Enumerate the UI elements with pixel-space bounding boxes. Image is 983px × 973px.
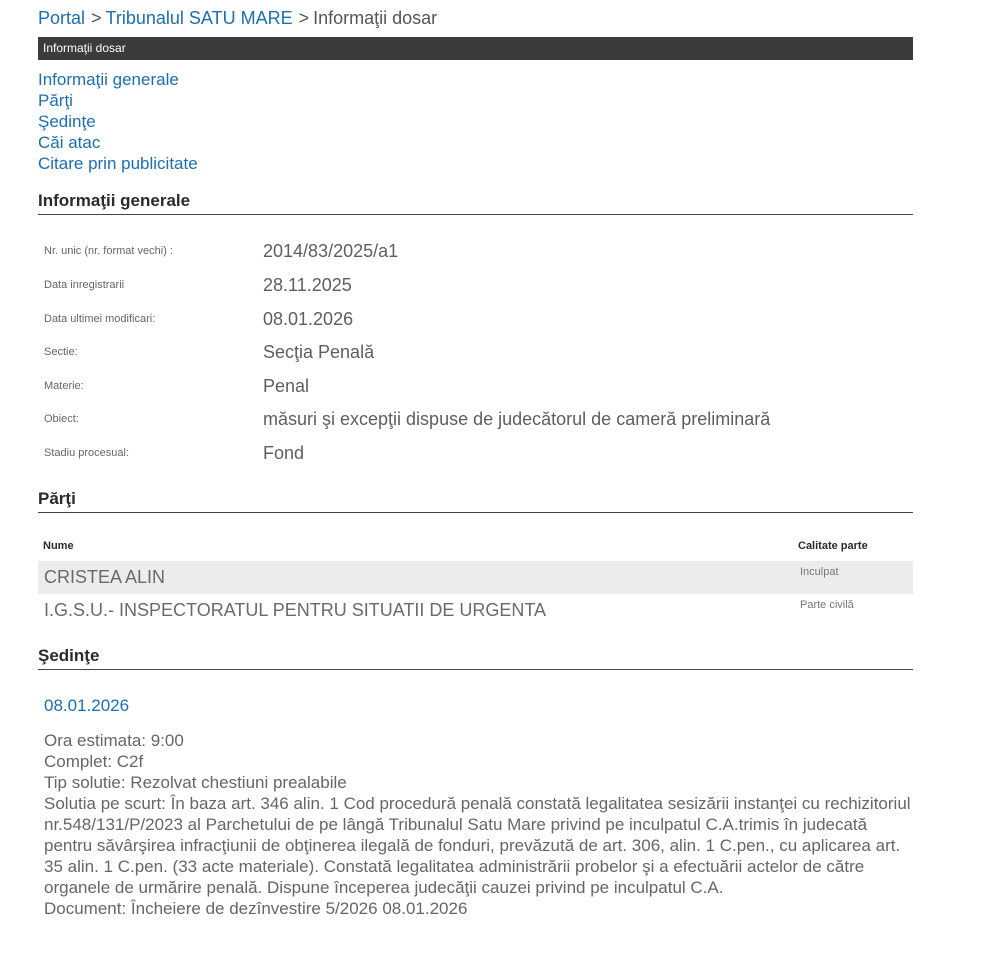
info-label: Nr. unic (nr. format vechi) : bbox=[44, 245, 173, 257]
general-info-heading: Informaţii generale bbox=[38, 190, 913, 215]
nav-link-appeals[interactable]: Căi atac bbox=[38, 132, 198, 153]
info-value: Fond bbox=[263, 443, 304, 464]
nav-link-hearings[interactable]: Şedinţe bbox=[38, 111, 198, 132]
parties-table-header: Nume Calitate parte bbox=[38, 540, 913, 556]
info-label: Sectie: bbox=[44, 346, 78, 358]
breadcrumb: Portal>Tribunalul SATU MARE>Informaţii d… bbox=[38, 7, 437, 29]
info-value: 08.01.2026 bbox=[263, 309, 353, 330]
hearing-solution-type: Tip solutie: Rezolvat chestiuni prealabi… bbox=[44, 772, 914, 793]
hearing-estimated-time: Ora estimata: 9:00 bbox=[44, 730, 914, 751]
info-value: măsuri şi excepţii dispuse de judecătoru… bbox=[263, 409, 770, 430]
breadcrumb-separator: > bbox=[299, 8, 310, 28]
section-nav: Informaţii generale Părţi Şedinţe Căi at… bbox=[38, 69, 198, 174]
hearings-heading: Şedinţe bbox=[38, 645, 913, 670]
hearing-document: Document: Încheiere de dezînvestire 5/20… bbox=[44, 898, 914, 919]
info-row-case-number: Nr. unic (nr. format vechi) : 2014/83/20… bbox=[38, 241, 913, 275]
column-header-name: Nume bbox=[43, 540, 74, 552]
hearing-details: Ora estimata: 9:00 Complet: C2f Tip solu… bbox=[44, 730, 914, 919]
breadcrumb-current: Informaţii dosar bbox=[313, 8, 437, 28]
info-row-registration-date: Data inregistrarii 28.11.2025 bbox=[38, 275, 913, 309]
nav-link-parties[interactable]: Părţi bbox=[38, 90, 198, 111]
info-row-last-modified: Data ultimei modificari: 08.01.2026 bbox=[38, 309, 913, 343]
column-header-role: Calitate parte bbox=[798, 540, 868, 552]
breadcrumb-portal-link[interactable]: Portal bbox=[38, 8, 85, 28]
parties-heading: Părţi bbox=[38, 488, 913, 513]
info-label: Stadiu procesual: bbox=[44, 447, 129, 459]
party-role: Inculpat bbox=[800, 566, 839, 578]
info-label: Obiect: bbox=[44, 413, 79, 425]
info-row-object: Obiect: măsuri şi excepţii dispuse de ju… bbox=[38, 409, 913, 443]
breadcrumb-separator: > bbox=[91, 8, 102, 28]
party-name: I.G.S.U.- INSPECTORATUL PENTRU SITUATII … bbox=[44, 600, 546, 621]
info-value: 28.11.2025 bbox=[263, 275, 352, 296]
party-name: CRISTEA ALIN bbox=[44, 567, 165, 588]
info-label: Materie: bbox=[44, 380, 84, 392]
info-row-stage: Stadiu procesual: Fond bbox=[38, 443, 913, 477]
info-label: Data inregistrarii bbox=[44, 279, 124, 291]
info-label: Data ultimei modificari: bbox=[44, 313, 155, 325]
hearing-date: 08.01.2026 bbox=[44, 696, 129, 716]
info-value: 2014/83/2025/a1 bbox=[263, 241, 398, 262]
info-row-matter: Materie: Penal bbox=[38, 376, 913, 410]
nav-link-general-info[interactable]: Informaţii generale bbox=[38, 69, 198, 90]
party-role: Parte civilă bbox=[800, 599, 854, 611]
title-bar: Informaţii dosar bbox=[38, 37, 913, 60]
nav-link-public-summons[interactable]: Citare prin publicitate bbox=[38, 153, 198, 174]
hearing-panel: Complet: C2f bbox=[44, 751, 914, 772]
breadcrumb-court-link[interactable]: Tribunalul SATU MARE bbox=[106, 8, 293, 28]
table-row: CRISTEA ALIN Inculpat bbox=[38, 561, 913, 594]
hearing-solution-summary: Solutia pe scurt: În baza art. 346 alin.… bbox=[44, 793, 914, 898]
info-value: Secţia Penală bbox=[263, 342, 374, 363]
table-row: I.G.S.U.- INSPECTORATUL PENTRU SITUATII … bbox=[38, 594, 913, 627]
info-value: Penal bbox=[263, 376, 309, 397]
info-row-section: Sectie: Secţia Penală bbox=[38, 342, 913, 376]
